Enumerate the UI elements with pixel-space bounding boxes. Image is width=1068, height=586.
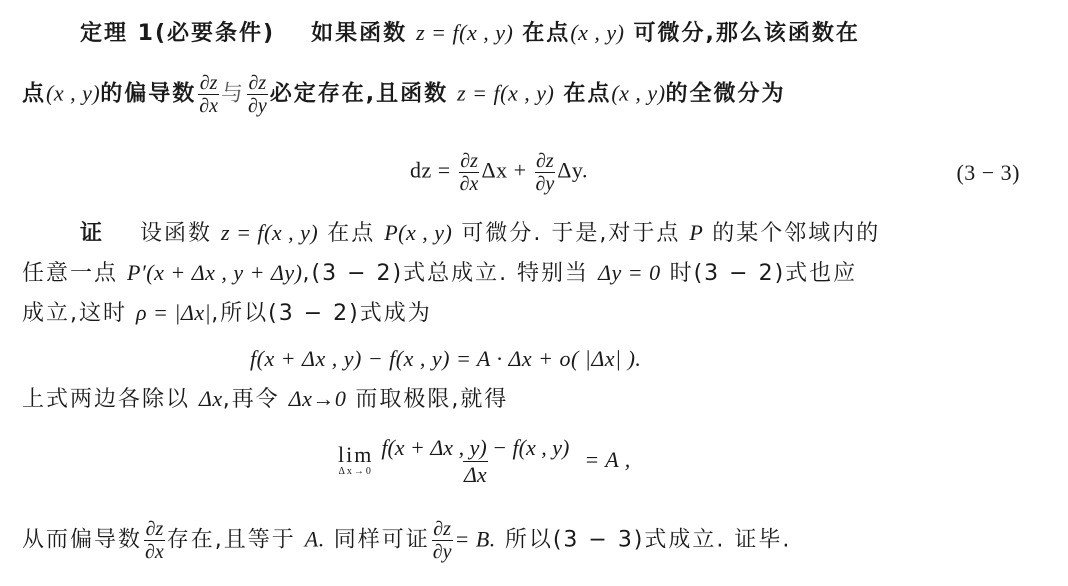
theorem-text: 的全微分为 [666,82,786,107]
theorem-condition: (必要条件) [155,21,275,46]
theorem-line-2: 点(x , y)的偏导数∂z∂x与∂z∂y必定存在,且函数 z = f(x , … [22,72,786,117]
math-expression: Δx→0 [289,386,347,411]
proof-text: 时(3 − 2)式也应 [670,261,858,286]
partial-z-over-x: ∂z∂x [144,518,165,563]
theorem-text: 在点 [563,82,611,107]
proof-text: 从而偏导数 [22,528,142,553]
proof-line-1: 证 设函数 z = f(x , y) 在点 P(x , y) 可微分. 于是,对… [80,218,880,249]
math-expression: A. [305,527,325,552]
proof-last-line: 从而偏导数∂z∂x存在,且等于 A. 同样可证∂z∂y= B. 所以(3 − 3… [22,518,791,563]
theorem-text: 如果函数 [311,21,407,46]
theorem-text: 在点 [522,21,570,46]
equation-number: (3 − 3) [956,158,1020,188]
proof-text: 任意一点 [22,261,118,286]
proof-line-2: 任意一点 P′(x + Δx , y + Δy),(3 − 2)式总成立. 特别… [22,258,857,289]
limit-operator: lim Δx→0 [338,444,373,478]
math-expression: f(x + Δx , y) − f(x , y) = A · Δx + o( |… [250,346,641,371]
partial-z-over-y: ∂z∂y [247,72,268,117]
math-expression: P′(x + Δx , y + Δy) [127,260,302,285]
proof-text: 同样可证 [334,528,430,553]
proof-text: 成立,这时 [22,301,127,326]
theorem-text: 的偏导数 [100,82,196,107]
math-expression: z = f(x , y) [221,220,318,245]
equation-lhs: dz = [410,158,451,183]
equation-term: Δx + [481,158,526,183]
partial-z-over-x: ∂z∂x [198,72,219,117]
partial-z-over-x: ∂z∂x [459,150,480,195]
theorem-text: 点 [22,82,46,107]
math-expression: (x , y) [611,81,665,106]
theorem-line-1: 定理 1(必要条件) 如果函数 z = f(x , y) 在点(x , y) 可… [80,18,860,49]
math-expression: (x , y) [46,81,100,106]
math-expression: ρ = |Δx| [136,300,211,325]
difference-quotient: f(x + Δx , y) − f(x , y)Δx [377,435,573,488]
limit-equation: lim Δx→0 f(x + Δx , y) − f(x , y)Δx = A … [338,430,631,491]
proof-text: 所以(3 − 3)式成立. 证毕. [505,528,792,553]
proof-text: 的某个邻域内的 [712,221,880,246]
proof-text: ,(3 − 2)式总成立. 特别当 [303,261,590,286]
proof-label: 证 [80,221,104,246]
partial-z-over-y: ∂z∂y [432,518,453,563]
proof-line-4: 上式两边各除以 Δx,再令 Δx→0 而取极限,就得 [22,384,508,415]
math-expression: P(x , y) [384,220,452,245]
math-expression: Δx [199,386,223,411]
math-expression: z = f(x , y) [416,20,513,45]
proof-text: 而取极限,就得 [355,387,508,412]
proof-text: 可微分. 于是,对于点 [461,221,680,246]
equation-3-3: dz = ∂z∂xΔx + ∂z∂yΔy. (3 − 3) [410,150,1068,195]
math-expression: (x , y) [570,20,624,45]
equation-term: Δy. [557,158,588,183]
proof-line-3: 成立,这时 ρ = |Δx|,所以(3 − 2)式成为 [22,298,432,329]
theorem-text: 可微分,那么该函数在 [634,21,860,46]
math-expression: Δy = 0 [598,260,661,285]
math-expression: P [689,220,703,245]
proof-text: 设函数 [140,221,212,246]
limit-rhs: = A , [584,447,631,472]
proof-text: ,所以(3 − 2)式成为 [211,301,432,326]
proof-text: ,再令 [223,387,280,412]
math-expression: = B. [455,527,496,552]
proof-text: 在点 [327,221,375,246]
proof-text: 存在,且等于 [167,528,296,553]
theorem-heading: 定理 1 [80,21,155,46]
displayed-equation: f(x + Δx , y) − f(x , y) = A · Δx + o( |… [250,344,641,375]
math-expression: z = f(x , y) [457,81,554,106]
theorem-text: 必定存在,且函数 [270,82,448,107]
partial-z-over-y: ∂z∂y [535,150,556,195]
proof-text: 上式两边各除以 [22,387,190,412]
theorem-text: 与 [221,82,245,107]
